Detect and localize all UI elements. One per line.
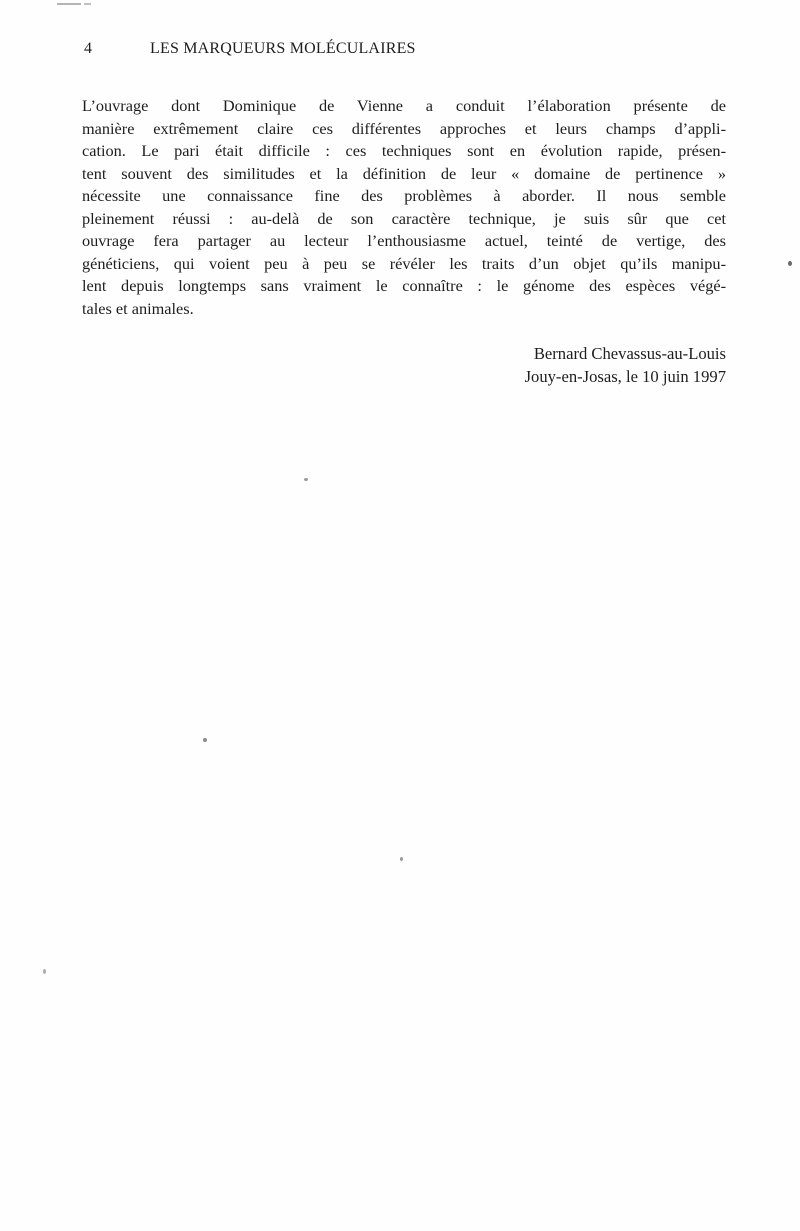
paragraph-line: généticiens, qui voient peu à peu se rév… [82,253,726,276]
signature-name: Bernard Chevassus-au-Louis [82,342,726,365]
paragraph-line: cation. Le pari était difficile : ces te… [82,140,726,163]
page-number: 4 [84,40,92,57]
paragraph-line: pleinement réussi : au-delà de son carac… [82,208,726,231]
paragraph-line: lent depuis longtemps sans vraiment le c… [82,275,726,298]
scan-speck [400,857,403,861]
scan-speck [304,478,308,481]
paragraph-line: tales et animales. [82,298,726,321]
running-title: LES MARQUEURS MOLÉCULAIRES [150,40,416,57]
signature-block: Bernard Chevassus-au-Louis Jouy-en-Josas… [82,342,726,388]
scan-speck [203,738,207,742]
paragraph-line: manière extrêmement claire ces différent… [82,118,726,141]
scan-speck [788,261,792,266]
paragraph-line: tent souvent des similitudes et la défin… [82,163,726,186]
paragraph-line: L’ouvrage dont Dominique de Vienne a con… [82,95,726,118]
body-paragraph: L’ouvrage dont Dominique de Vienne a con… [82,95,726,320]
scanned-book-page: 4 LES MARQUEURS MOLÉCULAIRES L’ouvrage d… [0,0,800,1231]
signature-place-date: Jouy-en-Josas, le 10 juin 1997 [82,365,726,388]
scan-crop-mark [57,3,81,5]
paragraph-line: ouvrage fera partager au lecteur l’entho… [82,230,726,253]
scan-crop-mark [84,3,91,5]
scan-speck [43,969,46,974]
paragraph-line: nécessite une connaissance fine des prob… [82,185,726,208]
